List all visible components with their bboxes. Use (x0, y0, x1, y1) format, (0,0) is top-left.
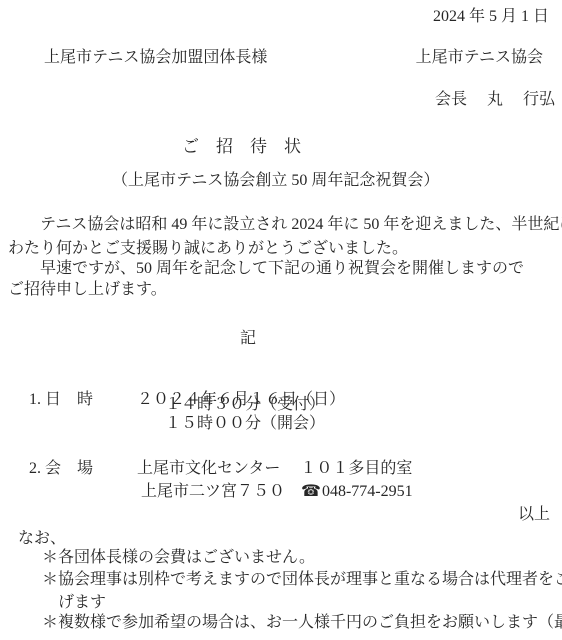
record-marker: 記 (240, 329, 256, 349)
sender-president: 会長 丸 行弘 (435, 90, 555, 110)
letter-subtitle: （上尾市テニス協会創立 50 周年記念祝賀会） (112, 171, 439, 191)
opening-time: １５時００分（開会） (165, 414, 325, 434)
venue-address-row: 上尾市二ツ宮７５０☎048-774-2951 (125, 462, 413, 522)
closing-marker: 以上 (518, 505, 550, 525)
note-item-1: ＊各団体長様の会費はございません。 (42, 548, 315, 568)
notes-intro: なお、 (18, 529, 66, 549)
body-paragraph-line-2: わたり何かとご支援賜り誠にありがとうございました。 (8, 239, 408, 259)
datetime-label: 1. 日 時 (29, 390, 137, 410)
invitation-letter-document: 2024 年 5 月 1 日 上尾市テニス協会加盟団体長様 上尾市テニス協会 会… (0, 0, 562, 640)
letter-title: ご 招 待 状 (182, 137, 301, 157)
reception-time: １４時３０分（受付） (165, 395, 325, 415)
body-paragraph-line-4: ご招待申し上げます。 (8, 280, 167, 300)
date-line: 2024 年 5 月 1 日 (433, 7, 549, 27)
note-item-2-continuation: げます (58, 593, 106, 613)
sender-organization: 上尾市テニス協会 (416, 48, 543, 68)
venue-label: 2. 会 場 (29, 459, 137, 479)
note-item-3: ＊複数様で参加希望の場合は、お一人様千円のご負担をお願いします（最大 5 名まで… (42, 613, 562, 633)
telephone-icon: ☎ (301, 483, 321, 500)
telephone-number: 048-774-2951 (322, 483, 413, 500)
body-paragraph-line-1: テニス協会は昭和 49 年に設立され 2024 年に 50 年を迎えました、半世… (8, 215, 562, 235)
recipient-line: 上尾市テニス協会加盟団体長様 (44, 48, 267, 68)
telephone-group: ☎048-774-2951 (301, 483, 413, 500)
venue-address: 上尾市二ツ宮７５０ (141, 483, 285, 500)
note-item-2: ＊協会理事は別枠で考えますので団体長が理事と重なる場合は代理者をご招待申し上 (42, 570, 562, 590)
body-paragraph-line-3: 早速ですが、50 周年を記念して下記の通り祝賀会を開催しますので (8, 259, 524, 279)
